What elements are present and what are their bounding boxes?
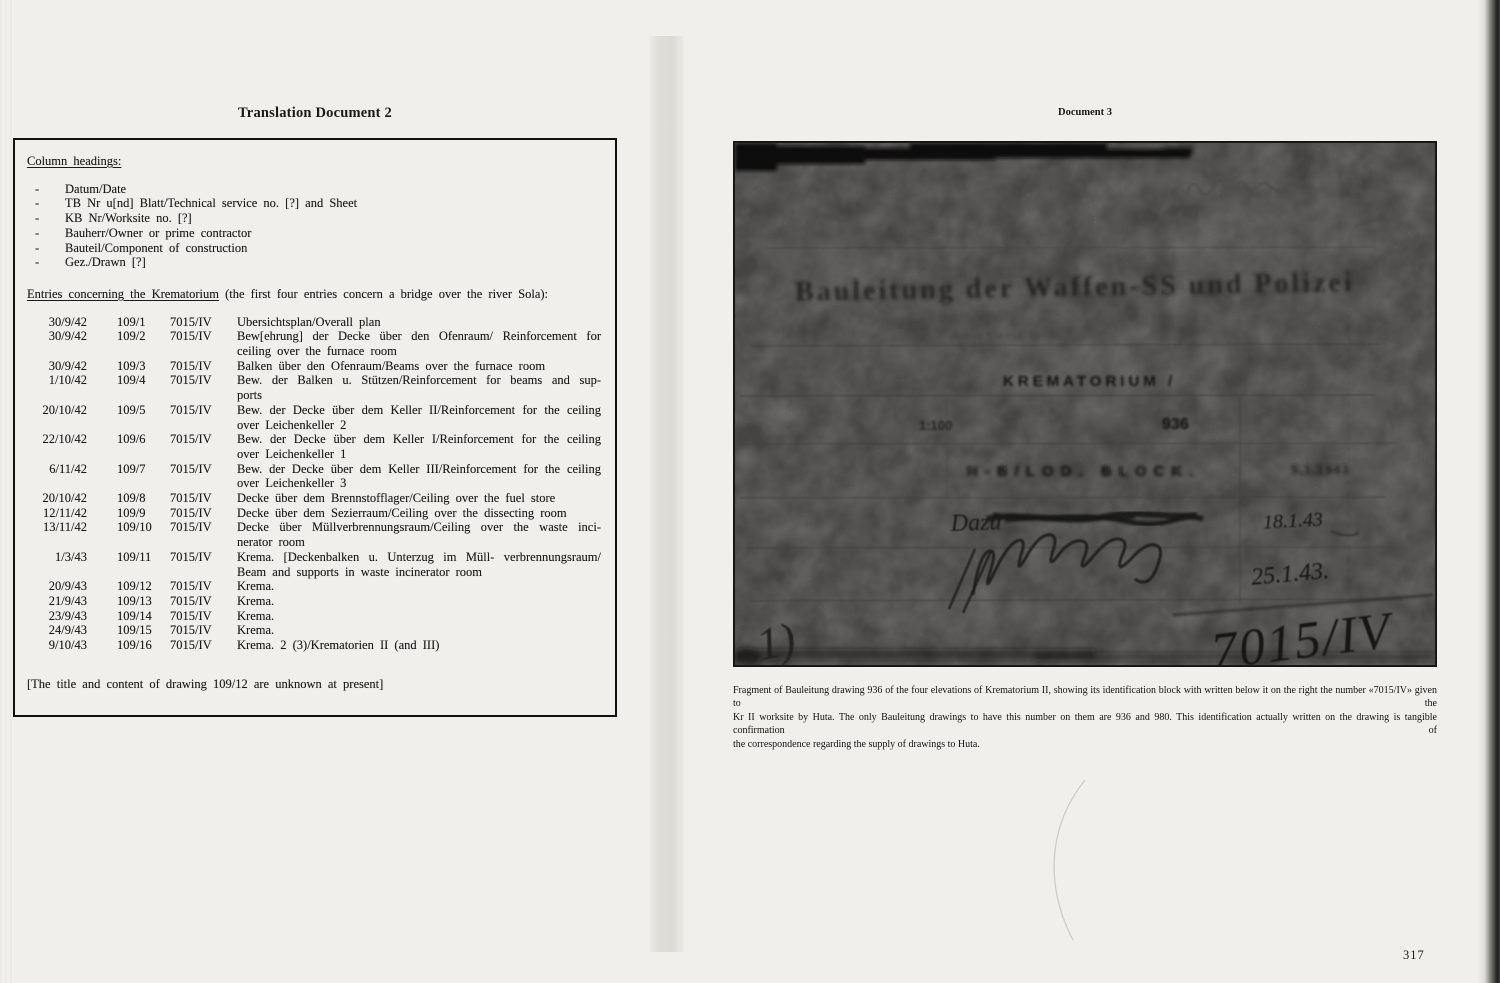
drawing-number: 936 [1162,416,1189,433]
photo-canvas: Bauleitung der Waffen-SS und Polizei Aus… [735,143,1435,665]
heading-item: -TB Nr u[nd] Blatt/Technical service no.… [27,196,601,211]
description-cell: Krema. 2 (3)/Krematorien II (and III) [237,638,601,653]
description-line: Bew. der Balken u. Stützen/Reinforcement… [237,373,601,388]
table-row: 1/10/42109/47015/IVBew. der Balken u. St… [27,373,601,402]
worksite-cell: 7015/IV [170,506,232,521]
drawing-no-cell: 109/10 [117,520,169,535]
typed-row-date: 5.1.1943 [1291,462,1350,477]
worksite-cell: 7015/IV [170,623,232,638]
description-cell: Decke über Müllverbrennungsraum/Ceiling … [237,520,601,549]
heading-item-label: Gez./Drawn [?] [65,255,146,270]
description-cell: Decke über dem Brennstofflager/Ceiling o… [237,491,601,506]
date-cell: 23/9/43 [27,609,87,624]
entries-table: 30/9/42109/17015/IVUbersichtsplan/Overal… [27,315,601,653]
list-dash: - [35,211,43,226]
table-row: 9/10/43109/167015/IVKrema. 2 (3)/Kremato… [27,638,601,653]
description-line: over Leichenkeller 3 [237,476,601,491]
table-row: 24/9/43109/157015/IVKrema. [27,623,601,638]
date-cell: 21/9/43 [27,594,87,609]
table-row: 20/9/43109/127015/IVKrema. [27,579,601,594]
caption-line: Kr II worksite by Huta. The only Bauleit… [733,711,1437,738]
date-cell: 1/3/43 [27,550,87,565]
drawing-no-cell: 109/12 [117,579,169,594]
drawing-no-cell: 109/6 [117,432,169,447]
date-cell: 6/11/42 [27,462,87,477]
description-cell: Bew. der Decke über dem Keller II/Reinfo… [237,403,601,432]
description-line: Balken über den Ofenraum/Beams over the … [237,359,601,374]
caption-line: Fragment of Bauleitung drawing 936 of th… [733,684,1437,711]
list-dash: - [35,226,43,241]
table-row: 21/9/43109/137015/IVKrema. [27,594,601,609]
heading-item: -Bauherr/Owner or prime contractor [27,226,601,241]
table-row: 30/9/42109/27015/IVBew[ehrung] der Decke… [27,329,601,358]
description-line: Krema. [237,594,601,609]
table-row: 1/3/43109/117015/IVKrema. [Deckenbalken … [27,550,601,579]
worksite-cell: 7015/IV [170,520,232,535]
table-row: 13/11/42109/107015/IVDecke über Müllverb… [27,520,601,549]
date-cell: 20/9/43 [27,579,87,594]
drawing-no-cell: 109/16 [117,638,169,653]
drawing-no-cell: 109/2 [117,329,169,344]
worksite-cell: 7015/IV [170,594,232,609]
description-cell: Bew[ehrung] der Decke über den Ofenraum/… [237,329,601,358]
description-line: Krema. 2 (3)/Krematorien II (and III) [237,638,601,653]
description-cell: Decke über dem Sezierraum/Ceiling over t… [237,506,601,521]
description-cell: Bew. der Balken u. Stützen/Reinforcement… [237,373,601,402]
photo: Bauleitung der Waffen-SS und Polizei Aus… [733,141,1437,667]
description-line: over Leichenkeller 2 [237,418,601,433]
gutter-shadow [649,36,684,952]
worksite-cell: 7015/IV [170,403,232,418]
description-line: Decke über Müllverbrennungsraum/Ceiling … [237,520,601,535]
worksite-cell: 7015/IV [170,579,232,594]
description-cell: Krema. [237,623,601,638]
left-edge-streaks [0,0,14,983]
drawing-no-cell: 109/8 [117,491,169,506]
worksite-cell: 7015/IV [170,359,232,374]
date-cell: 13/11/42 [27,520,87,535]
table-row: 23/9/43109/147015/IVKrema. [27,609,601,624]
table-row: 20/10/42109/87015/IVDecke über dem Brenn… [27,491,601,506]
table-row: 20/10/42109/57015/IVBew. der Decke über … [27,403,601,432]
description-cell: Balken über den Ofenraum/Beams over the … [237,359,601,374]
date-cell: 22/10/42 [27,432,87,447]
column-headings-label: Column headings: [27,154,601,169]
table-row: 6/11/42109/77015/IVBew. der Decke über d… [27,462,601,491]
table-row: 30/9/42109/37015/IVBalken über den Ofenr… [27,359,601,374]
entries-heading: Entries concerning the Krematorium (the … [27,287,601,302]
photo-right-shade [1423,143,1435,665]
footnote: [The title and content of drawing 109/12… [27,677,601,692]
pencil-mark [1015,775,1155,955]
description-line: Bew. der Decke über dem Keller II/Reinfo… [237,403,601,418]
heading-item-label: Datum/Date [65,182,126,197]
worksite-cell: 7015/IV [170,491,232,506]
column-headings-list: -Datum/Date-TB Nr u[nd] Blatt/Technical … [27,182,601,270]
description-cell: Krema. [237,609,601,624]
description-cell: Bew. der Decke über dem Keller III/Reinf… [237,462,601,491]
page-title: Translation Document 2 [13,105,617,122]
description-line: Beam and supports in waste incinerator r… [237,565,601,580]
date-cell: 12/11/42 [27,506,87,521]
caption-line: the correspondence regarding the supply … [733,738,1437,751]
scale-label: 1:100 [919,418,952,433]
date-cell: 1/10/42 [27,373,87,388]
krematorium-stamp: KREMATORIUM / [1003,373,1176,390]
drawing-no-cell: 109/14 [117,609,169,624]
page-edge-shadow [1478,0,1500,983]
heading-item-label: Bauteil/Component of construction [65,241,247,256]
description-line: Bew[ehrung] der Decke über den Ofenraum/… [237,329,601,344]
description-line: Krema. [237,579,601,594]
table-row: 30/9/42109/17015/IVUbersichtsplan/Overal… [27,315,601,330]
description-line: Bew. der Decke über dem Keller III/Reinf… [237,462,601,477]
drawing-no-cell: 109/3 [117,359,169,374]
worksite-cell: 7015/IV [170,462,232,477]
typed-row-text: N-B/LOD. BLOCK. [967,463,1200,480]
description-cell: Krema. [Deckenbalken u. Unterzug im Müll… [237,550,601,579]
table-row: 12/11/42109/97015/IVDecke über dem Sezie… [27,506,601,521]
description-line: Krema. [Deckenbalken u. Unterzug im Müll… [237,550,601,565]
worksite-cell: 7015/IV [170,373,232,388]
list-dash: - [35,241,43,256]
description-line: Krema. [237,623,601,638]
document3-title: Document 3 [733,107,1437,118]
description-line: ports [237,388,601,403]
drawing-no-cell: 109/13 [117,594,169,609]
page-number: 317 [1403,948,1443,963]
table-row: 22/10/42109/67015/IVBew. der Decke über … [27,432,601,461]
worksite-cell: 7015/IV [170,315,232,330]
drawing-no-cell: 109/1 [117,315,169,330]
description-line: Ubersichtsplan/Overall plan [237,315,601,330]
description-line: Decke über dem Brennstofflager/Ceiling o… [237,491,601,506]
worksite-cell: 7015/IV [170,609,232,624]
date-cell: 30/9/42 [27,315,87,330]
drawing-no-cell: 109/4 [117,373,169,388]
list-dash: - [35,196,43,211]
worksite-cell: 7015/IV [170,550,232,565]
description-cell: Krema. [237,594,601,609]
heading-item: -Datum/Date [27,182,601,197]
worksite-cell: 7015/IV [170,329,232,344]
description-line: ceiling over the furnace room [237,344,601,359]
photo-subheader-text: Auschwitz O/S. [952,327,1062,342]
drawing-no-cell: 109/15 [117,623,169,638]
description-cell: Ubersichtsplan/Overall plan [237,315,601,330]
heading-item: -Gez./Drawn [?] [27,255,601,270]
description-line: Bew. der Decke über dem Keller I/Reinfor… [237,432,601,447]
list-dash: - [35,182,43,197]
date-cell: 30/9/42 [27,329,87,344]
heading-item-label: Bauherr/Owner or prime contractor [65,226,251,241]
description-line: Krema. [237,609,601,624]
list-dash: - [35,255,43,270]
date-cell: 20/10/42 [27,491,87,506]
photo-caption: Fragment of Bauleitung drawing 936 of th… [733,684,1437,751]
heading-item-label: TB Nr u[nd] Blatt/Technical service no. … [65,196,357,211]
entries-heading-underlined: Entries concerning the Krematorium [27,287,219,301]
heading-item-label: KB Nr/Worksite no. [?] [65,211,192,226]
translation-box: Column headings: -Datum/Date-TB Nr u[nd]… [13,138,617,717]
heading-item: -KB Nr/Worksite no. [?] [27,211,601,226]
date-cell: 20/10/42 [27,403,87,418]
date-cell: 30/9/42 [27,359,87,374]
drawing-no-cell: 109/9 [117,506,169,521]
description-cell: Bew. der Decke über dem Keller I/Reinfor… [237,432,601,461]
date-cell: 9/10/43 [27,638,87,653]
drawing-no-cell: 109/5 [117,403,169,418]
date-cell: 24/9/43 [27,623,87,638]
worksite-cell: 7015/IV [170,638,232,653]
drawing-no-cell: 109/11 [117,550,169,565]
description-line: Decke über dem Sezierraum/Ceiling over t… [237,506,601,521]
entries-heading-rest: (the first four entries concern a bridge… [219,287,548,301]
worksite-cell: 7015/IV [170,432,232,447]
crossed-date: 18.1.43 [1262,509,1323,534]
description-cell: Krema. [237,579,601,594]
heading-item: -Bauteil/Component of construction [27,241,601,256]
description-line: over Leichenkeller 1 [237,447,601,462]
description-line: nerator room [237,535,601,550]
drawing-no-cell: 109/7 [117,462,169,477]
